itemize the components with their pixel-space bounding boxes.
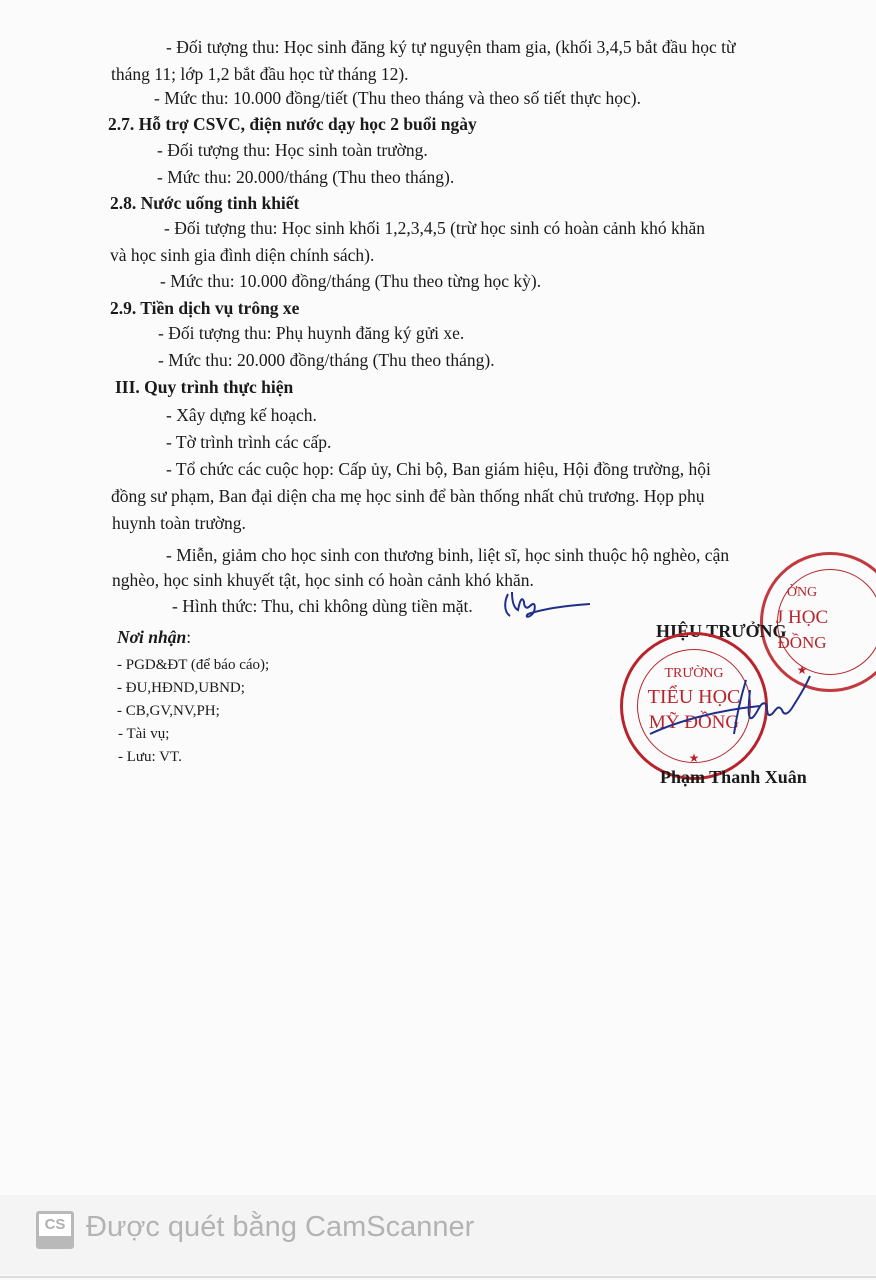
recipients-title: Nơi nhận: bbox=[117, 626, 191, 648]
text-line: - Tổ chức các cuộc họp: Cấp ủy, Chi bộ, … bbox=[166, 458, 711, 480]
principal-signature-icon bbox=[640, 670, 820, 750]
recipient-item: - CB,GV,NV,PH; bbox=[117, 700, 220, 722]
text-line: - Đối tượng thu: Học sinh đăng ký tự ngu… bbox=[166, 36, 735, 58]
divider bbox=[0, 1276, 876, 1278]
text-line: - Đối tượng thu: Học sinh khối 1,2,3,4,5… bbox=[164, 217, 705, 239]
text-line: và học sinh gia đình diện chính sách). bbox=[110, 244, 374, 266]
recipient-item: - ĐU,HĐND,UBND; bbox=[117, 677, 245, 699]
signer-name: Phạm Thanh Xuân bbox=[660, 766, 807, 788]
section-heading-3: III. Quy trình thực hiện bbox=[115, 376, 293, 398]
text-line: - Mức thu: 20.000/tháng (Thu theo tháng)… bbox=[157, 166, 454, 188]
text-line: đồng sư phạm, Ban đại diện cha mẹ học si… bbox=[111, 485, 704, 507]
text-line: - Mức thu: 10.000 đồng/tiết (Thu theo th… bbox=[154, 87, 641, 109]
section-heading-2-7: 2.7. Hỗ trợ CSVC, điện nước dạy học 2 bu… bbox=[108, 113, 477, 135]
text-line: - Mức thu: 20.000 đồng/tháng (Thu theo t… bbox=[158, 349, 495, 371]
text-line: nghèo, học sinh khuyết tật, học sinh có … bbox=[112, 569, 534, 591]
text-line: - Xây dựng kế hoạch. bbox=[166, 404, 317, 426]
text-line: tháng 11; lớp 1,2 bắt đầu học từ tháng 1… bbox=[111, 63, 409, 85]
text-line: - Đối tượng thu: Học sinh toàn trường. bbox=[157, 139, 428, 161]
text-line: huynh toàn trường. bbox=[112, 512, 246, 534]
text-line: - Miễn, giảm cho học sinh con thương bin… bbox=[166, 544, 729, 566]
text-line: - Tờ trình trình các cấp. bbox=[166, 431, 331, 453]
recipient-item: - Lưu: VT. bbox=[118, 746, 182, 768]
section-heading-2-8: 2.8. Nước uống tinh khiết bbox=[110, 192, 299, 214]
watermark-text: Được quét bằng CamScanner bbox=[86, 1211, 474, 1244]
section-heading-2-9: 2.9. Tiền dịch vụ trông xe bbox=[110, 297, 299, 319]
recipient-item: - PGD&ĐT (để báo cáo); bbox=[117, 654, 269, 676]
initial-signature-icon bbox=[500, 588, 595, 620]
text-line: - Đối tượng thu: Phụ huynh đăng ký gửi x… bbox=[158, 322, 464, 344]
document-page: - Đối tượng thu: Học sinh đăng ký tự ngu… bbox=[0, 0, 876, 1280]
text-line: - Hình thức: Thu, chi không dùng tiền mặ… bbox=[172, 595, 473, 617]
text-line: - Mức thu: 10.000 đồng/tháng (Thu theo t… bbox=[160, 270, 541, 292]
recipient-item: - Tài vụ; bbox=[118, 723, 169, 745]
camscanner-logo-icon: CS bbox=[36, 1211, 74, 1249]
